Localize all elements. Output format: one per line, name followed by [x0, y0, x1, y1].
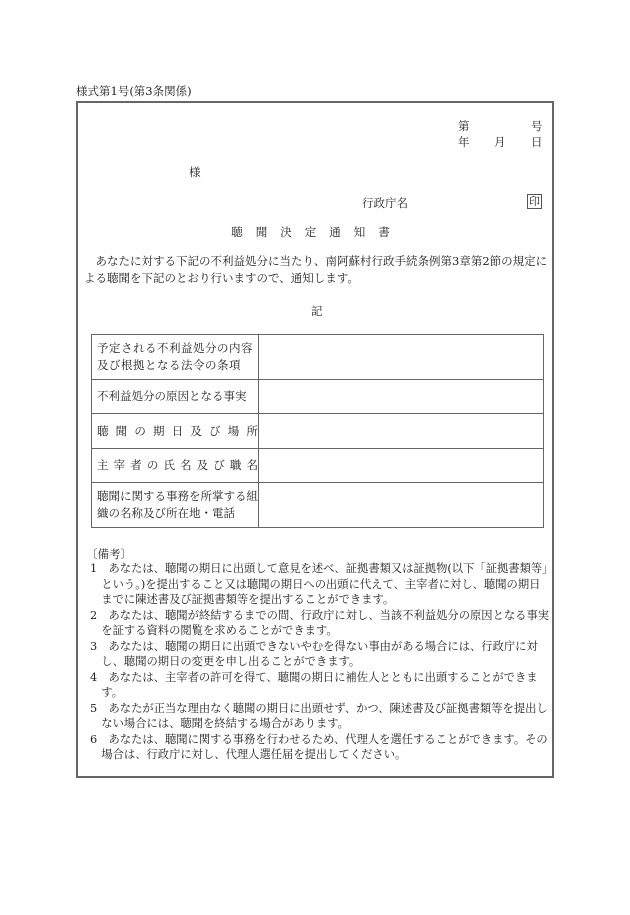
number-suffix: 号	[531, 118, 543, 134]
row-value-field[interactable]	[259, 335, 544, 380]
body-paragraph: あなたに対する下記の不利益処分に当たり、南阿蘇村行政手続条例第3章第2節の規定に…	[84, 253, 550, 287]
row-label: 予定される不利益処分の内容及び根拠となる法令の条項	[92, 335, 259, 380]
notes-heading: 〔備考〕	[86, 546, 132, 562]
addressee-suffix: 様	[189, 164, 201, 180]
note-item: 3 あなたは、聴聞の期日に出頭できないやむを得ない事由がある場合には、行政庁に対…	[90, 639, 550, 670]
seal-mark: 印	[527, 194, 542, 209]
notice-frame: 第 号 年 月 日 様 行政庁名 印 聴聞決定通知書 あなたに対する下記の不利益…	[76, 101, 554, 778]
note-item: 2 あなたは、聴聞が終結するまでの間、行政庁に対し、当該不利益処分の原因となる事…	[90, 608, 550, 639]
row-value-field[interactable]	[259, 380, 544, 414]
agency-name-label: 行政庁名	[362, 195, 408, 211]
notes-list: 1 あなたは、聴聞の期日に出頭して意見を述べ、証拠書類又は証拠物(以下「証拠書類…	[90, 561, 550, 763]
row-label: 不利益処分の原因となる事実	[92, 380, 259, 414]
date-month: 月	[494, 134, 506, 150]
row-label: 聴聞に関する事務を所掌する組織の名称及び所在地・電話	[92, 483, 259, 528]
table-row: 予定される不利益処分の内容及び根拠となる法令の条項	[92, 335, 544, 380]
row-value-field[interactable]	[259, 449, 544, 483]
ki-heading: 記	[311, 303, 323, 319]
form-number-label: 様式第1号(第3条関係)	[76, 83, 192, 99]
row-label: 主宰者の氏名及び職名	[92, 449, 259, 483]
table-row: 聴聞の期日及び場所	[92, 414, 544, 449]
number-prefix: 第	[458, 118, 470, 134]
row-value-field[interactable]	[259, 483, 544, 528]
note-item: 4 あなたは、主宰者の許可を得て、聴聞の期日に補佐人とともに出頭することができま…	[90, 670, 550, 701]
date-year: 年	[458, 134, 470, 150]
row-value-field[interactable]	[259, 414, 544, 449]
date-day: 日	[531, 134, 543, 150]
note-item: 6 あなたは、聴聞に関する事務を行わせるため、代理人を選任することができます。そ…	[90, 732, 550, 763]
table-row: 聴聞に関する事務を所掌する組織の名称及び所在地・電話	[92, 483, 544, 528]
table-row: 主宰者の氏名及び職名	[92, 449, 544, 483]
table-row: 不利益処分の原因となる事実	[92, 380, 544, 414]
note-item: 5 あなたが正当な理由なく聴聞の期日に出頭せず、かつ、陳述書及び証拠書類等を提出…	[90, 701, 550, 732]
row-label: 聴聞の期日及び場所	[92, 414, 259, 449]
note-item: 1 あなたは、聴聞の期日に出頭して意見を述べ、証拠書類又は証拠物(以下「証拠書類…	[90, 561, 550, 608]
hearing-details-table: 予定される不利益処分の内容及び根拠となる法令の条項 不利益処分の原因となる事実 …	[91, 334, 544, 528]
document-title: 聴聞決定通知書	[78, 224, 556, 240]
